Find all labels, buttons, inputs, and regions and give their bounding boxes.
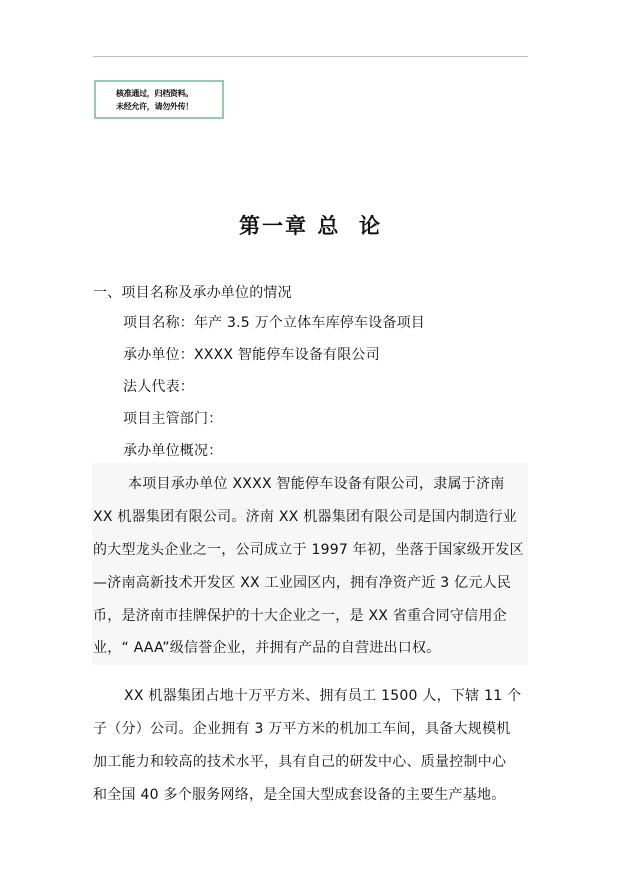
paragraph-line: 和全国 40 多个服务网络，是全国大型成套设备的主要生产基地。 (93, 785, 505, 805)
paragraph-line: 币，是济南市挂牌保护的十大企业之一，是 XX 省重合同守信用企 (93, 606, 507, 626)
chapter-title: 第一章 总 论 (0, 211, 621, 241)
paragraph-line: 子（分）公司。企业拥有 3 万平方米的机加工车间，具备大规模机 (93, 719, 511, 739)
field-competent-department: 项目主管部门： (123, 409, 222, 429)
header-rule (93, 56, 528, 57)
stamp-line-1: 核准通过，归档资料。 (116, 87, 222, 100)
stamp-line-2: 未经允许，请勿外传！ (116, 100, 222, 113)
field-label: 项目主管部门： (123, 411, 222, 427)
paragraph-line: 加工能力和较高的技术水平，具有自己的研发中心、质量控制中心 (93, 752, 506, 772)
confidential-stamp-box: 核准通过，归档资料。 未经允许，请勿外传！ (94, 80, 224, 119)
paragraph-line: —济南高新技术开发区 XX 工业园区内，拥有净资产近 3 亿元人民 (93, 573, 511, 593)
field-undertaking-unit: 承办单位：XXXX 智能停车设备有限公司 (123, 345, 380, 365)
field-label: 承办单位： (123, 347, 194, 363)
field-label: 项目名称： (123, 315, 194, 331)
field-unit-overview: 承办单位概况： (123, 441, 222, 461)
field-project-name: 项目名称：年产 3.5 万个立体车库停车设备项目 (123, 313, 425, 333)
paragraph-line: XX 机器集团占地十万平方米、拥有员工 1500 人，下辖 11 个 (124, 686, 521, 706)
paragraph-line: 业，“ AAA”级信誉企业，并拥有产品的自营进出口权。 (93, 638, 441, 658)
section-heading: 一、项目名称及承办单位的情况 (93, 283, 292, 303)
field-label: 法人代表： (123, 379, 194, 395)
paragraph-line: XX 机器集团有限公司。济南 XX 机器集团有限公司是国内制造行业 (93, 507, 517, 527)
field-value: 年产 3.5 万个立体车库停车设备项目 (194, 315, 425, 331)
paragraph-line: 本项目承办单位 XXXX 智能停车设备有限公司，隶属于济南 (128, 474, 505, 494)
field-label: 承办单位概况： (123, 443, 222, 459)
field-value: XXXX 智能停车设备有限公司 (194, 347, 380, 363)
field-legal-representative: 法人代表： (123, 377, 194, 397)
paragraph-line: 的大型龙头企业之一，公司成立于 1997 年初，坐落于国家级开发区 (93, 540, 524, 560)
